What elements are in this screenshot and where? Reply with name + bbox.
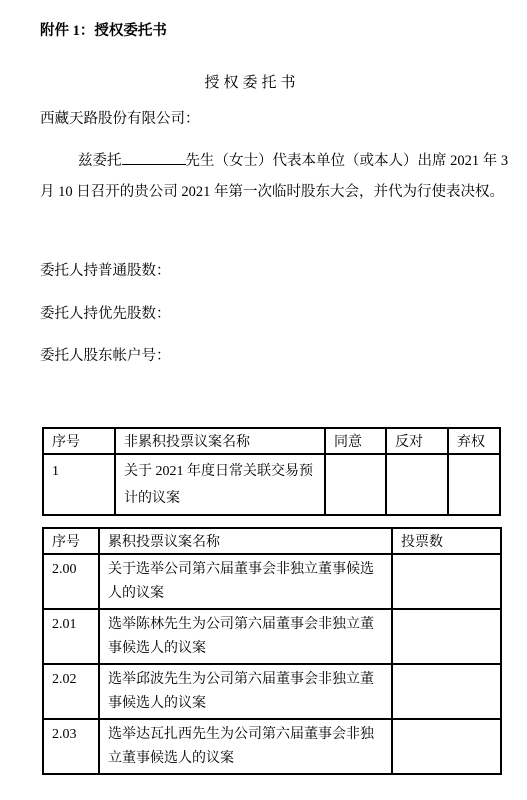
table-row: 2.01 选举陈林先生为公司第六届董事会非独立董事候选人的议案: [43, 609, 501, 664]
column-header-agree: 同意: [325, 428, 386, 454]
cell-proposal-name: 关于选举公司第六届董事会非独立董事候选人的议案: [99, 554, 392, 609]
table-row: 2.02 选举邱波先生为公司第六届董事会非独立董事候选人的议案: [43, 664, 501, 719]
cell-votes-blank: [392, 554, 501, 609]
shareholder-account-label: 委托人股东帐户号：: [40, 344, 171, 365]
column-header-no: 序号: [43, 528, 99, 554]
ordinary-shares-label: 委托人持普通股数：: [40, 259, 171, 280]
column-header-proposal: 非累积投票议案名称: [115, 428, 325, 454]
column-header-oppose: 反对: [386, 428, 448, 454]
body-paragraph-line2: 月 10 日召开的贵公司 2021 年第一次临时股东大会，并代为行使表决权。: [40, 180, 510, 201]
cell-proposal-name: 选举陈林先生为公司第六届董事会非独立董事候选人的议案: [99, 609, 392, 664]
table-row: 2.03 选举达瓦扎西先生为公司第六届董事会非独立董事候选人的议案: [43, 719, 501, 774]
body-paragraph-line1: 兹委托先生（女士）代表本单位（或本人）出席 2021 年 3: [40, 149, 500, 170]
cell-row-no: 2.02: [43, 664, 99, 719]
table-header-row: 序号 非累积投票议案名称 同意 反对 弃权: [43, 428, 500, 454]
cell-abstain-blank: [448, 454, 500, 515]
column-header-proposal: 累积投票议案名称: [99, 528, 392, 554]
cell-proposal-name: 选举邱波先生为公司第六届董事会非独立董事候选人的议案: [99, 664, 392, 719]
column-header-no: 序号: [43, 428, 115, 454]
cell-row-no: 1: [43, 454, 115, 515]
table-row: 2.00 关于选举公司第六届董事会非独立董事候选人的议案: [43, 554, 501, 609]
proxy-name-blank: [122, 150, 186, 165]
preferred-shares-label: 委托人持优先股数：: [40, 302, 171, 323]
column-header-abstain: 弃权: [448, 428, 500, 454]
non-cumulative-voting-table: 序号 非累积投票议案名称 同意 反对 弃权 1 关于 2021 年度日常关联交易…: [42, 427, 501, 516]
cell-row-no: 2.01: [43, 609, 99, 664]
table-header-row: 序号 累积投票议案名称 投票数: [43, 528, 501, 554]
cell-row-no: 2.03: [43, 719, 99, 774]
cell-agree-blank: [325, 454, 386, 515]
document-title: 授权委托书: [0, 71, 500, 92]
cell-votes-blank: [392, 609, 501, 664]
cell-votes-blank: [392, 664, 501, 719]
cell-oppose-blank: [386, 454, 448, 515]
body-text-prefix: 兹委托: [78, 153, 122, 169]
cell-proposal-name: 关于 2021 年度日常关联交易预计的议案: [115, 454, 325, 515]
table-row: 1 关于 2021 年度日常关联交易预计的议案: [43, 454, 500, 515]
column-header-votes: 投票数: [392, 528, 501, 554]
cell-row-no: 2.00: [43, 554, 99, 609]
cell-votes-blank: [392, 719, 501, 774]
cell-proposal-name: 选举达瓦扎西先生为公司第六届董事会非独立董事候选人的议案: [99, 719, 392, 774]
cumulative-voting-table: 序号 累积投票议案名称 投票数 2.00 关于选举公司第六届董事会非独立董事候选…: [42, 527, 502, 775]
document-page: 附件 1：授权委托书 授权委托书 西藏天路股份有限公司： 兹委托先生（女士）代表…: [0, 0, 527, 800]
salutation-line: 西藏天路股份有限公司：: [40, 107, 200, 128]
attachment-heading: 附件 1：授权委托书: [40, 19, 167, 40]
body-text-suffix: 先生（女士）代表本单位（或本人）出席 2021 年 3: [186, 153, 509, 169]
